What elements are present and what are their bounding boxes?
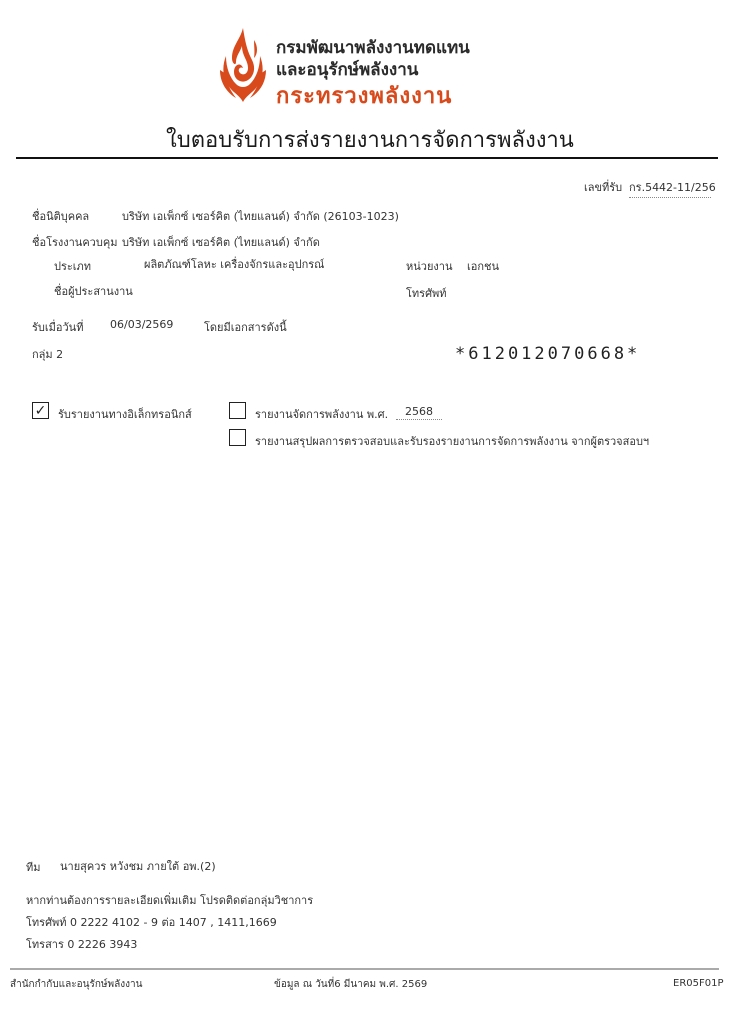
electronic-report-checkbox[interactable]: ✓ — [32, 402, 49, 419]
footer-data-date: ข้อมูล ณ วันที่6 มีนาคม พ.ศ. 2569 — [274, 977, 427, 992]
type-label: ประเภท — [54, 257, 91, 275]
team-label: ทีม — [26, 858, 41, 876]
barcode-text: *612012070668* — [455, 344, 640, 364]
receipt-number-label: เลขที่รับ — [584, 178, 622, 196]
received-date-value: 06/03/2569 — [110, 318, 173, 331]
checkmark-icon: ✓ — [35, 404, 47, 418]
type-value: ผลิตภัณฑ์โลหะ เครื่องจักรและอุปกรณ์ — [144, 255, 324, 273]
ministry-name: กระทรวงพลังงาน — [276, 78, 452, 113]
team-value: นายสุควร หวังชม ภายใต้ อพ.(2) — [60, 857, 216, 875]
footer-divider — [10, 968, 719, 970]
energy-report-year: 2568 — [396, 405, 442, 420]
flame-logo-icon — [218, 26, 268, 104]
contact-info-text: หากท่านต้องการรายละเอียดเพิ่มเติม โปรดติ… — [26, 891, 313, 909]
phone-label: โทรศัพท์ — [406, 284, 447, 302]
footer-form-code: ER05F01P — [673, 978, 724, 989]
received-date-label: รับเมื่อวันที่ — [32, 318, 83, 336]
receipt-number-value: กร.5442-11/256 — [629, 178, 711, 198]
agency-label: หน่วยงาน — [406, 257, 452, 275]
juristic-label: ชื่อนิติบุคคล — [32, 207, 89, 225]
electronic-report-label: รับรายงานทางอิเล็กทรอนิกส์ — [58, 405, 192, 423]
documents-label: โดยมีเอกสารดังนี้ — [204, 318, 287, 336]
title-divider — [16, 157, 718, 159]
factory-label: ชื่อโรงงานควบคุม — [32, 233, 117, 251]
footer-office: สำนักกำกับและอนุรักษ์พลังงาน — [10, 977, 142, 992]
juristic-value: บริษัท เอเพ็กซ์ เซอร์คิต (ไทยแลนด์) จำกั… — [122, 207, 399, 225]
contact-fax-text: โทรสาร 0 2226 3943 — [26, 935, 137, 953]
audit-summary-label: รายงานสรุปผลการตรวจสอบและรับรองรายงานการ… — [255, 432, 649, 450]
audit-summary-checkbox[interactable] — [229, 429, 246, 446]
energy-report-checkbox[interactable] — [229, 402, 246, 419]
coordinator-label: ชื่อผู้ประสานงาน — [54, 282, 133, 300]
group-label: กลุ่ม 2 — [32, 345, 63, 363]
agency-value: เอกชน — [467, 257, 499, 275]
contact-phone-text: โทรศัพท์ 0 2222 4102 - 9 ต่อ 1407 , 1411… — [26, 913, 277, 931]
energy-report-label: รายงานจัดการพลังงาน พ.ศ. — [255, 405, 388, 423]
factory-value: บริษัท เอเพ็กซ์ เซอร์คิต (ไทยแลนด์) จำกั… — [122, 233, 320, 251]
document-title: ใบตอบรับการส่งรายงานการจัดการพลังงาน — [166, 122, 574, 157]
